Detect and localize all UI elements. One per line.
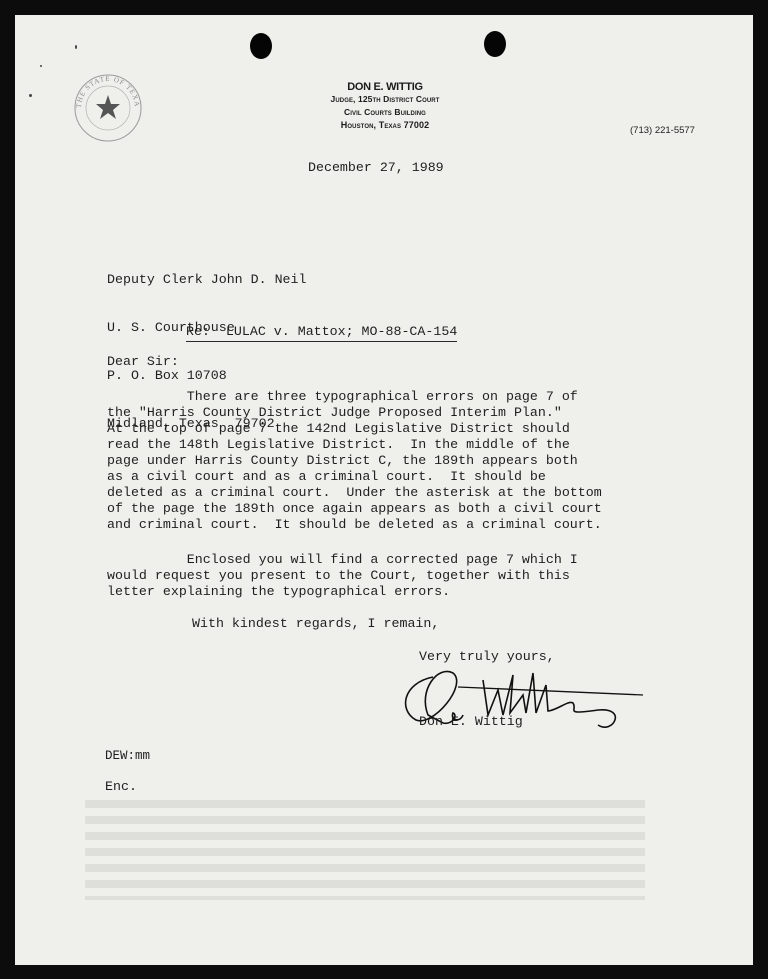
signer-name: Don E. Wittig bbox=[419, 714, 523, 730]
letter-date: December 27, 1989 bbox=[308, 160, 444, 176]
punch-hole-right bbox=[484, 31, 506, 57]
body-paragraph: Enclosed you will find a corrected page … bbox=[107, 552, 578, 600]
salutation: Dear Sir: bbox=[107, 354, 179, 370]
judge-name: DON E. WITTIG bbox=[275, 81, 495, 93]
phone-number: (713) 221-5577 bbox=[630, 125, 695, 136]
scan-speck bbox=[40, 65, 42, 67]
recipient-line: Deputy Clerk John D. Neil bbox=[107, 272, 307, 288]
enclosure-note: Enc. bbox=[105, 779, 137, 795]
letterhead: DON E. WITTIG Judge, 125th District Cour… bbox=[275, 81, 495, 132]
closing-line: With kindest regards, I remain, bbox=[192, 616, 439, 632]
texas-seal-icon: THE STATE OF TEXAS bbox=[73, 73, 143, 143]
scan-speck bbox=[75, 45, 77, 49]
reference-line: Re: LULAC v. Mattox; MO-88-CA-154 bbox=[186, 324, 457, 342]
city-state: Houston, Texas 77002 bbox=[275, 119, 495, 132]
building-name: Civil Courts Building bbox=[275, 106, 495, 119]
judge-title: Judge, 125th District Court bbox=[275, 93, 495, 106]
letter-page: THE STATE OF TEXAS DON E. WITTIG Judge, … bbox=[15, 15, 753, 965]
reverse-side-bleedthrough bbox=[85, 800, 645, 900]
body-paragraph: There are three typographical errors on … bbox=[107, 389, 602, 533]
typist-initials: DEW:mm bbox=[105, 748, 150, 764]
punch-hole-left bbox=[250, 33, 272, 59]
scan-speck bbox=[29, 94, 32, 97]
valediction: Very truly yours, bbox=[419, 649, 555, 665]
recipient-line: P. O. Box 10708 bbox=[107, 368, 307, 384]
